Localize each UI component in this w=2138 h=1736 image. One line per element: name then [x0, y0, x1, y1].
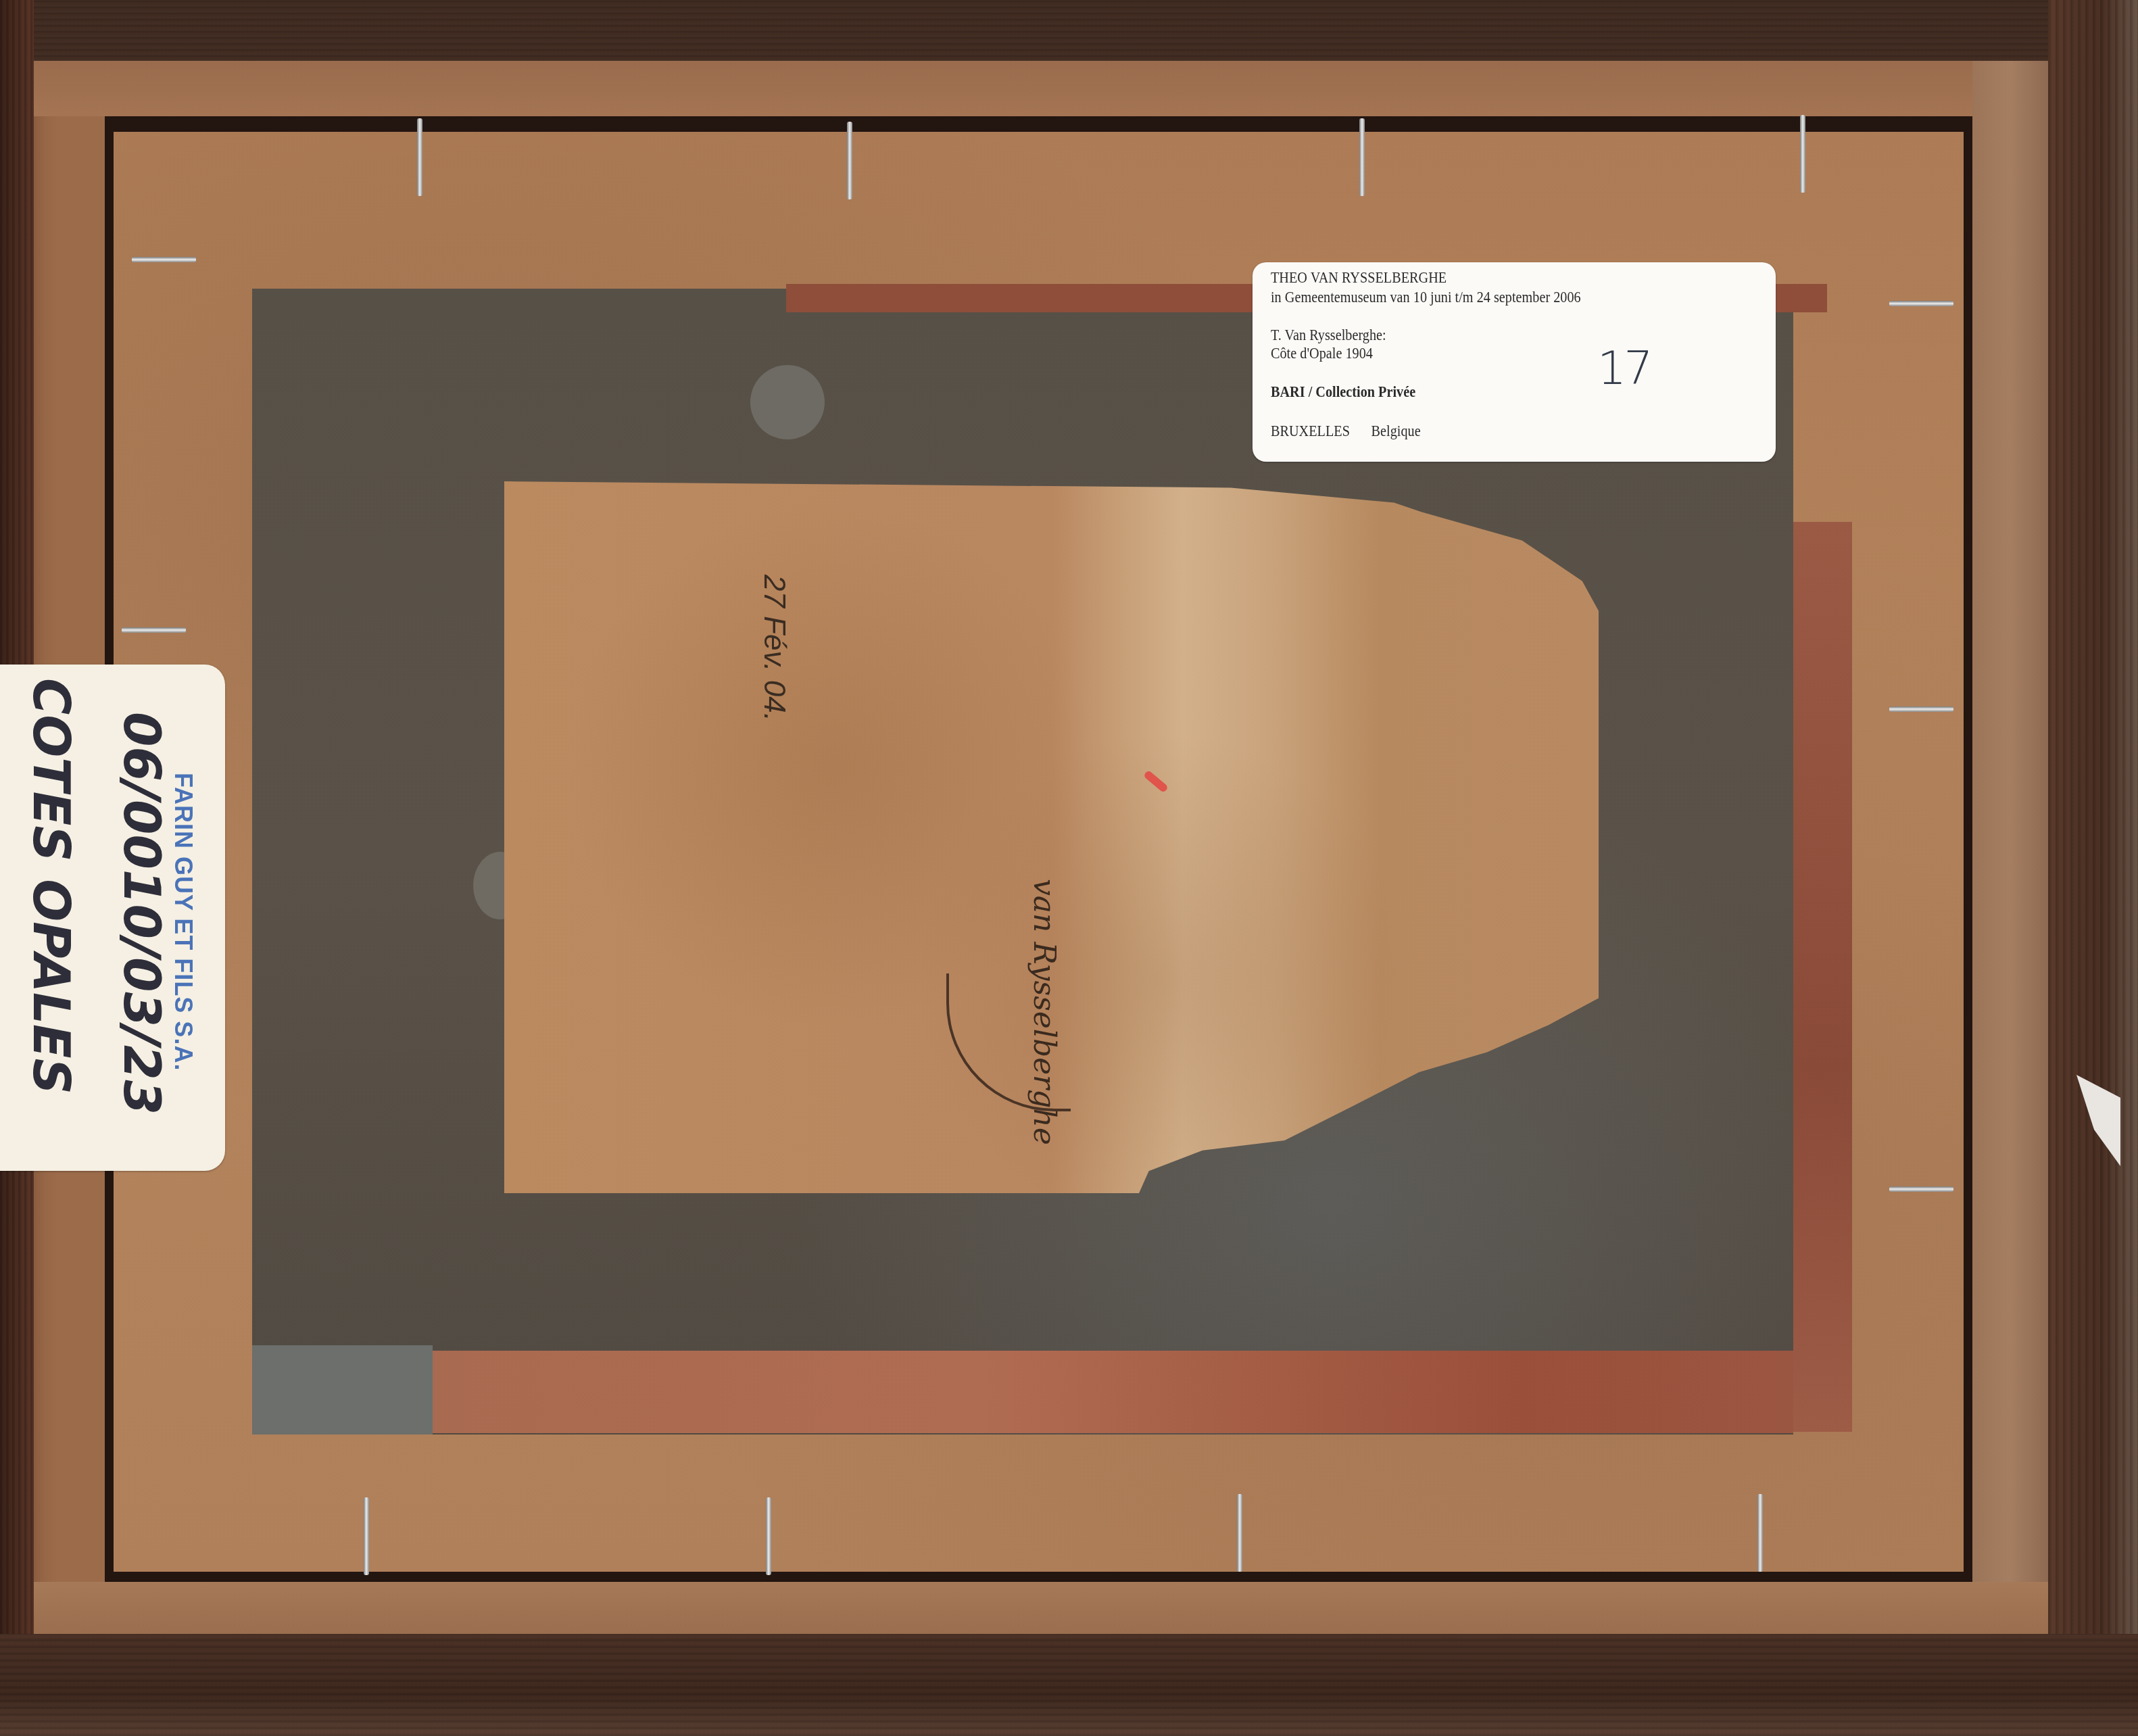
nail-icon	[417, 118, 422, 196]
handwritten-date: 27 Fév. 04.	[757, 575, 791, 721]
label-collection: BARI / Collection Privée	[1271, 383, 1415, 401]
nail-icon	[1889, 1186, 1953, 1192]
nail-icon	[847, 122, 852, 199]
frame-inner-top	[34, 61, 2048, 116]
label-country: Belgique	[1371, 423, 1421, 439]
nail-icon	[766, 1497, 771, 1575]
label-title-year: Côte d'Opale 1904	[1271, 345, 1373, 362]
label-artist-short: T. Van Rysselberghe:	[1271, 327, 1386, 344]
nail-icon	[132, 257, 196, 262]
nail-icon	[1889, 706, 1953, 712]
frame-outer-bottom-edge	[0, 1634, 2138, 1736]
transport-label: FARIN GUY ET FILS S.A. 06/0010/03/23 COT…	[0, 665, 225, 1171]
nail-icon	[1757, 1494, 1763, 1572]
label-title: COTES OPALES	[22, 678, 80, 1094]
label-artist: THEO VAN RYSSELBERGHE	[1271, 269, 1447, 287]
label-city: BRUXELLES	[1271, 423, 1350, 439]
nail-icon	[122, 627, 186, 633]
label-company: FARIN GUY ET FILS S.A.	[169, 773, 197, 1071]
red-strip-bottom	[433, 1351, 1793, 1433]
exhibition-label: THEO VAN RYSSELBERGHE in Gemeentemuseum …	[1253, 262, 1776, 462]
nail-icon	[1237, 1494, 1242, 1572]
frame-outer-right-edge	[2048, 0, 2138, 1736]
nail-icon	[1800, 115, 1805, 193]
label-location: BRUXELLESBelgique	[1271, 423, 1421, 440]
nail-icon	[1359, 118, 1365, 196]
nail-icon	[1889, 301, 1953, 306]
frame-inner-bottom	[34, 1582, 2048, 1634]
red-strip-right	[1793, 522, 1852, 1432]
label-exhibition: in Gemeentemuseum van 10 juni t/m 24 sep…	[1271, 289, 1581, 306]
gray-patch	[252, 1345, 433, 1434]
stain	[750, 365, 825, 439]
handwritten-number: 17	[1597, 342, 1651, 395]
label-code: 06/0010/03/23	[112, 712, 170, 1115]
frame-inner-right	[1972, 61, 2048, 1634]
nail-icon	[364, 1497, 369, 1575]
